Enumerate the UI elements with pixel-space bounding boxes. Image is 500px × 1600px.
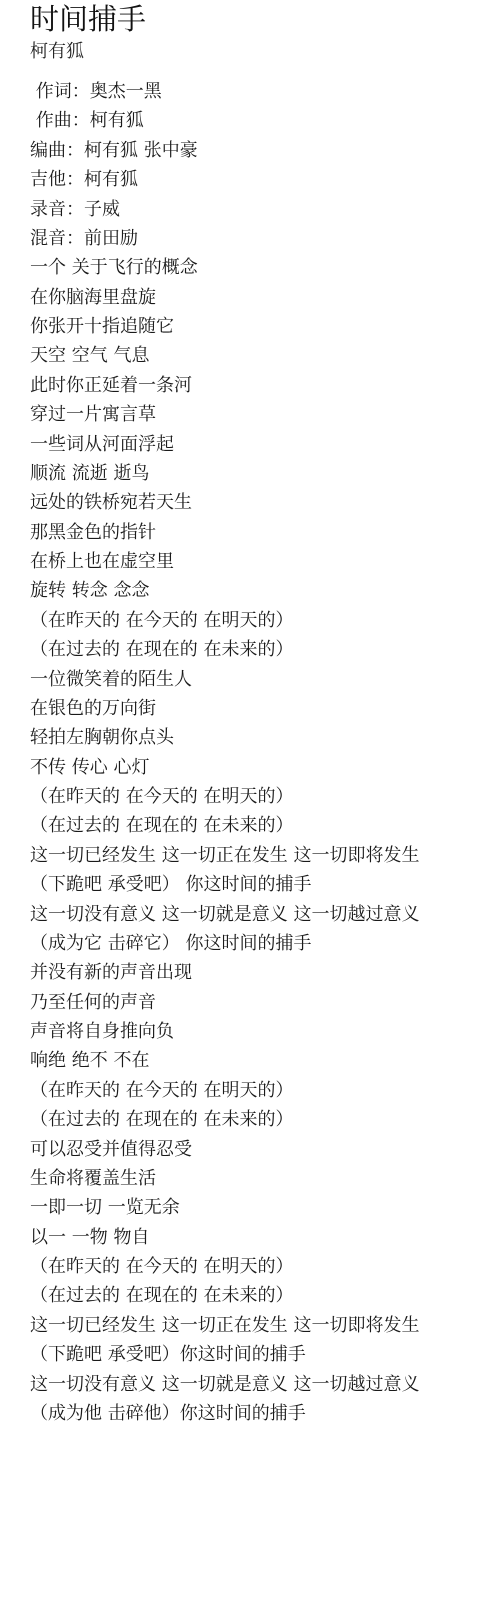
lyric-line: 可以忍受并值得忍受 [30, 1135, 419, 1164]
lyric-line: 远处的铁桥宛若天生 [30, 488, 419, 517]
lyric-line: 以一 一物 物自 [30, 1223, 419, 1252]
lyric-line: 这一切已经发生 这一切正在发生 这一切即将发生 [30, 841, 419, 870]
lyric-line: 旋转 转念 念念 [30, 576, 419, 605]
lyric-line: 顺流 流逝 逝鸟 [30, 459, 419, 488]
lyric-line: 轻拍左胸朝你点头 [30, 723, 419, 752]
lyric-line: （下跪吧 承受吧） 你这时间的捕手 [30, 870, 419, 899]
lyric-line: （在过去的 在现在的 在未来的） [30, 1105, 419, 1134]
credit-arranger: 编曲：柯有狐 张中豪 [30, 136, 419, 165]
lyric-line: 在桥上也在虚空里 [30, 547, 419, 576]
lyric-line: 这一切没有意义 这一切就是意义 这一切越过意义 [30, 1370, 419, 1399]
lyric-line: 不传 传心 心灯 [30, 753, 419, 782]
lyric-line: 响绝 绝不 不在 [30, 1046, 419, 1075]
lyric-line: 一即一切 一览无余 [30, 1193, 419, 1222]
lyric-line: 天空 空气 气息 [30, 341, 419, 370]
lyric-line: 一个 关于飞行的概念 [30, 253, 419, 282]
credit-mixing: 混音：前田励 [30, 224, 419, 253]
lyric-line: 在银色的万向街 [30, 694, 419, 723]
artist-name: 柯有狐 [30, 40, 84, 64]
lyric-line: （在昨天的 在今天的 在明天的） [30, 606, 419, 635]
lyric-line: 穿过一片寓言草 [30, 400, 419, 429]
lyric-line: 这一切已经发生 这一切正在发生 这一切即将发生 [30, 1311, 419, 1340]
lyric-line: 这一切没有意义 这一切就是意义 这一切越过意义 [30, 900, 419, 929]
lyric-line: 在你脑海里盘旋 [30, 283, 419, 312]
lyric-line: （在昨天的 在今天的 在明天的） [30, 1252, 419, 1281]
lyric-line: （成为它 击碎它） 你这时间的捕手 [30, 929, 419, 958]
lyric-line: （在昨天的 在今天的 在明天的） [30, 782, 419, 811]
lyric-line: （在过去的 在现在的 在未来的） [30, 1281, 419, 1310]
lyric-line: 生命将覆盖生活 [30, 1164, 419, 1193]
lyric-line: （成为他 击碎他）你这时间的捕手 [30, 1399, 419, 1428]
lyric-line: （在过去的 在现在的 在未来的） [30, 811, 419, 840]
lyric-line: （下跪吧 承受吧）你这时间的捕手 [30, 1340, 419, 1369]
lyrics-list: 作词：奥杰一黑 作曲：柯有狐 编曲：柯有狐 张中豪 吉他：柯有狐 录音：子威 混… [30, 77, 419, 1428]
credit-composer: 作曲：柯有狐 [30, 106, 419, 135]
song-title: 时间捕手 [30, 1, 146, 37]
credit-guitar: 吉他：柯有狐 [30, 165, 419, 194]
lyric-line: 声音将自身推向负 [30, 1017, 419, 1046]
credit-recording: 录音：子威 [30, 195, 419, 224]
lyric-line: 那黑金色的指针 [30, 518, 419, 547]
lyric-line: 并没有新的声音出现 [30, 958, 419, 987]
lyric-line: 一位微笑着的陌生人 [30, 665, 419, 694]
credit-lyricist: 作词：奥杰一黑 [30, 77, 419, 106]
lyric-line: （在昨天的 在今天的 在明天的） [30, 1076, 419, 1105]
lyric-line: 乃至任何的声音 [30, 988, 419, 1017]
lyric-line: 你张开十指追随它 [30, 312, 419, 341]
lyric-line: 一些词从河面浮起 [30, 430, 419, 459]
lyric-line: 此时你正延着一条河 [30, 371, 419, 400]
lyric-line: （在过去的 在现在的 在未来的） [30, 635, 419, 664]
